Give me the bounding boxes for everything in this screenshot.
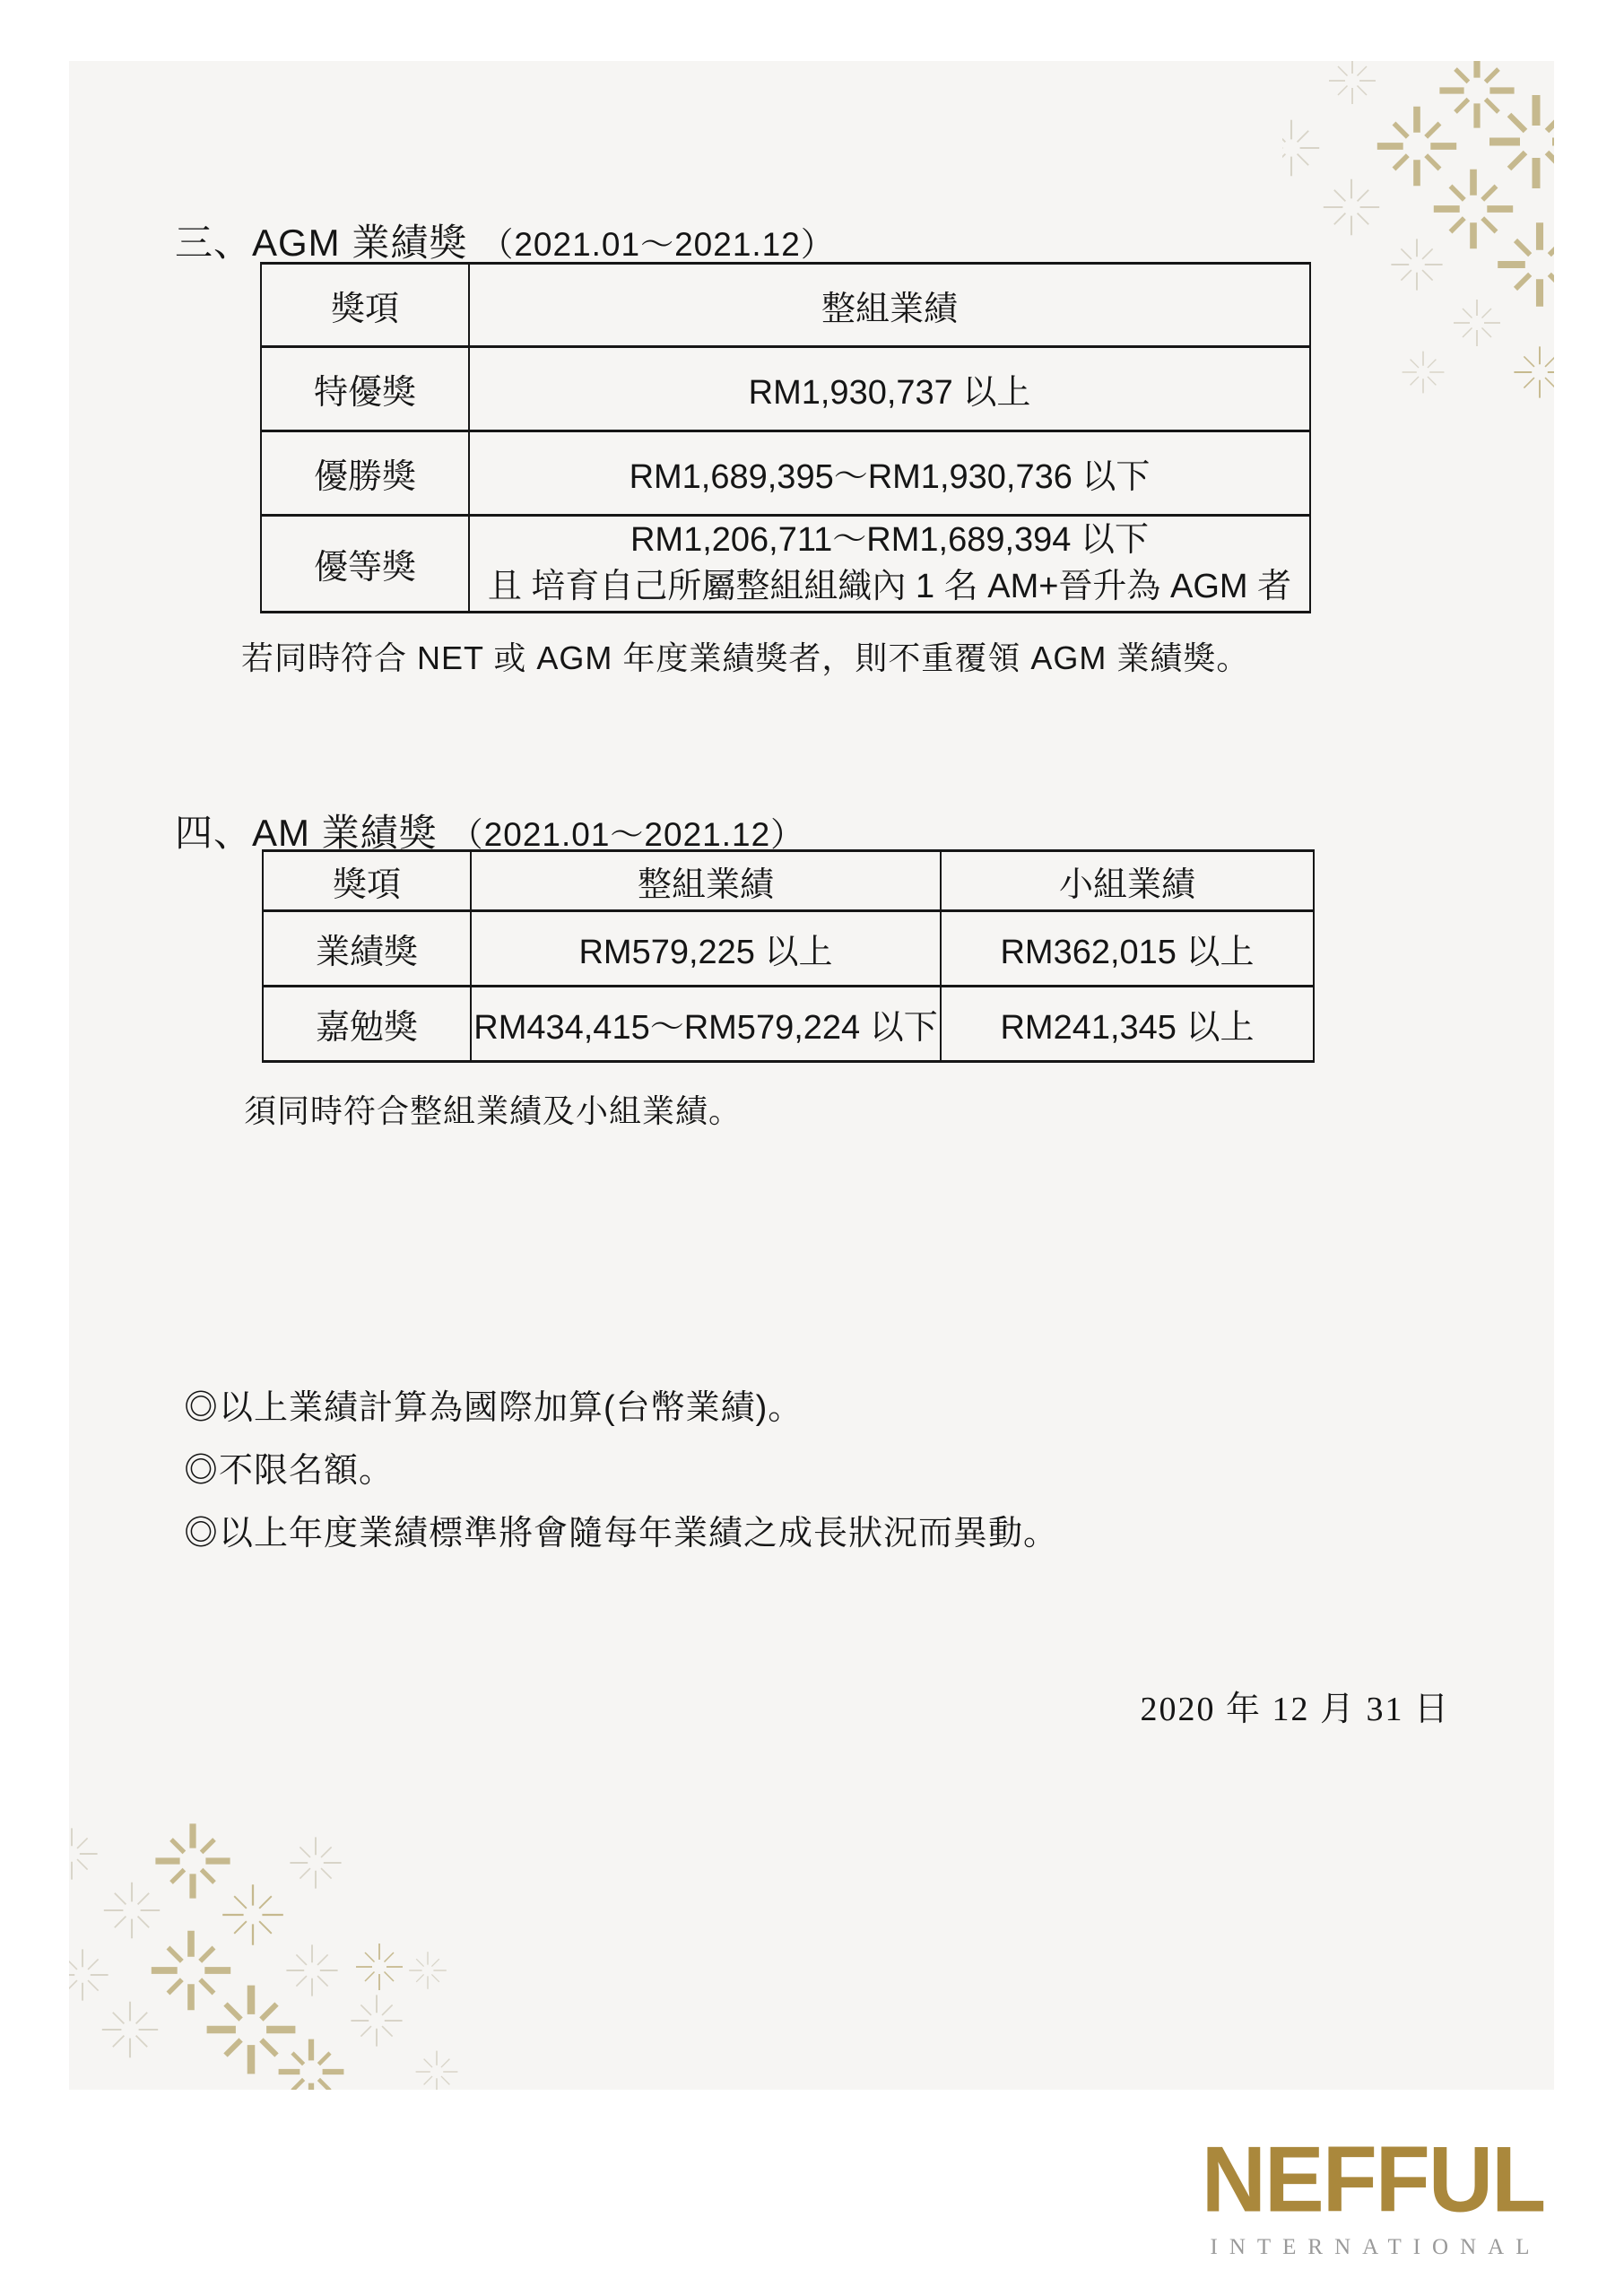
document-date: 2020 年 12 月 31 日 [1140, 1681, 1450, 1730]
sparkle-decoration-bottom-left [69, 1821, 571, 2090]
bullet-note: ◎以上年度業績標準將會隨每年業績之成長狀況而異動。 [184, 1505, 1058, 1554]
section-am-period: （2021.01～2021.12） [450, 816, 805, 853]
table-row: 優等獎 RM1,206,711～RM1,689,394 以下 且 培育自己所屬整… [261, 516, 1310, 613]
table-header-row: 獎項 整組業績 小組業績 [263, 851, 1314, 911]
nefful-logo-wordmark: NEFFUL [1199, 2133, 1547, 2226]
am-award-table: 獎項 整組業績 小組業績 業績獎 RM579,225 以上 RM362,015 … [262, 849, 1315, 1063]
group-total-criteria: RM579,225 以上 [471, 911, 941, 987]
table-header-row: 獎項 整組業績 [261, 264, 1310, 347]
table-row: 嘉勉獎 RM434,415～RM579,224 以下 RM241,345 以上 [263, 987, 1314, 1062]
award-criteria: RM1,206,711～RM1,689,394 以下 且 培育自己所屬整組組織內… [469, 516, 1310, 613]
award-name: 優等獎 [261, 516, 469, 613]
award-criteria: RM1,689,395～RM1,930,736 以下 [469, 431, 1310, 516]
group-total-criteria: RM434,415～RM579,224 以下 [471, 987, 941, 1062]
award-name: 特優獎 [261, 347, 469, 431]
award-name: 嘉勉獎 [263, 987, 471, 1062]
bullet-note: ◎不限名額。 [184, 1442, 394, 1492]
am-note: 須同時符合整組業績及小組業績。 [244, 1086, 742, 1132]
agm-note: 若同時符合 NET 或 AGM 年度業績獎者，則不重覆領 AGM 業績獎。 [241, 633, 1249, 679]
header-award: 獎項 [263, 851, 471, 911]
small-group-criteria: RM241,345 以上 [941, 987, 1314, 1062]
award-criteria: RM1,930,737 以上 [469, 347, 1310, 431]
criteria-line-1: RM1,206,711～RM1,689,394 以下 [470, 517, 1309, 563]
award-name: 業績獎 [263, 911, 471, 987]
header-award: 獎項 [261, 264, 469, 347]
nefful-logo: NEFFUL INTERNATIONAL [1199, 2133, 1547, 2260]
section-am-heading: 四、AM 業績獎 [175, 812, 438, 854]
table-row: 特優獎 RM1,930,737 以上 [261, 347, 1310, 431]
header-group-total: 整組業績 [469, 264, 1310, 347]
award-name: 優勝獎 [261, 431, 469, 516]
sparkle-decoration-top-right [1282, 61, 1554, 438]
header-small-group: 小組業績 [941, 851, 1314, 911]
nefful-logo-subtitle: INTERNATIONAL [1204, 2235, 1547, 2260]
table-row: 業績獎 RM579,225 以上 RM362,015 以上 [263, 911, 1314, 987]
criteria-line-2: 且 培育自己所屬整組組織內 1 名 AM+晉升為 AGM 者 [470, 564, 1309, 610]
small-group-criteria: RM362,015 以上 [941, 911, 1314, 987]
header-group-total: 整組業績 [471, 851, 941, 911]
section-agm-heading: 三、AGM 業績獎 [175, 222, 467, 264]
scanned-page: 三、AGM 業績獎（2021.01～2021.12） 獎項 整組業績 特優獎 R… [69, 61, 1554, 2090]
section-agm-title: 三、AGM 業績獎（2021.01～2021.12） [175, 213, 835, 267]
section-agm-period: （2021.01～2021.12） [480, 226, 835, 263]
bullet-note: ◎以上業績計算為國際加算(台幣業績)。 [184, 1379, 803, 1429]
table-row: 優勝獎 RM1,689,395～RM1,930,736 以下 [261, 431, 1310, 516]
agm-award-table: 獎項 整組業績 特優獎 RM1,930,737 以上 優勝獎 RM1,689,3… [260, 262, 1311, 613]
